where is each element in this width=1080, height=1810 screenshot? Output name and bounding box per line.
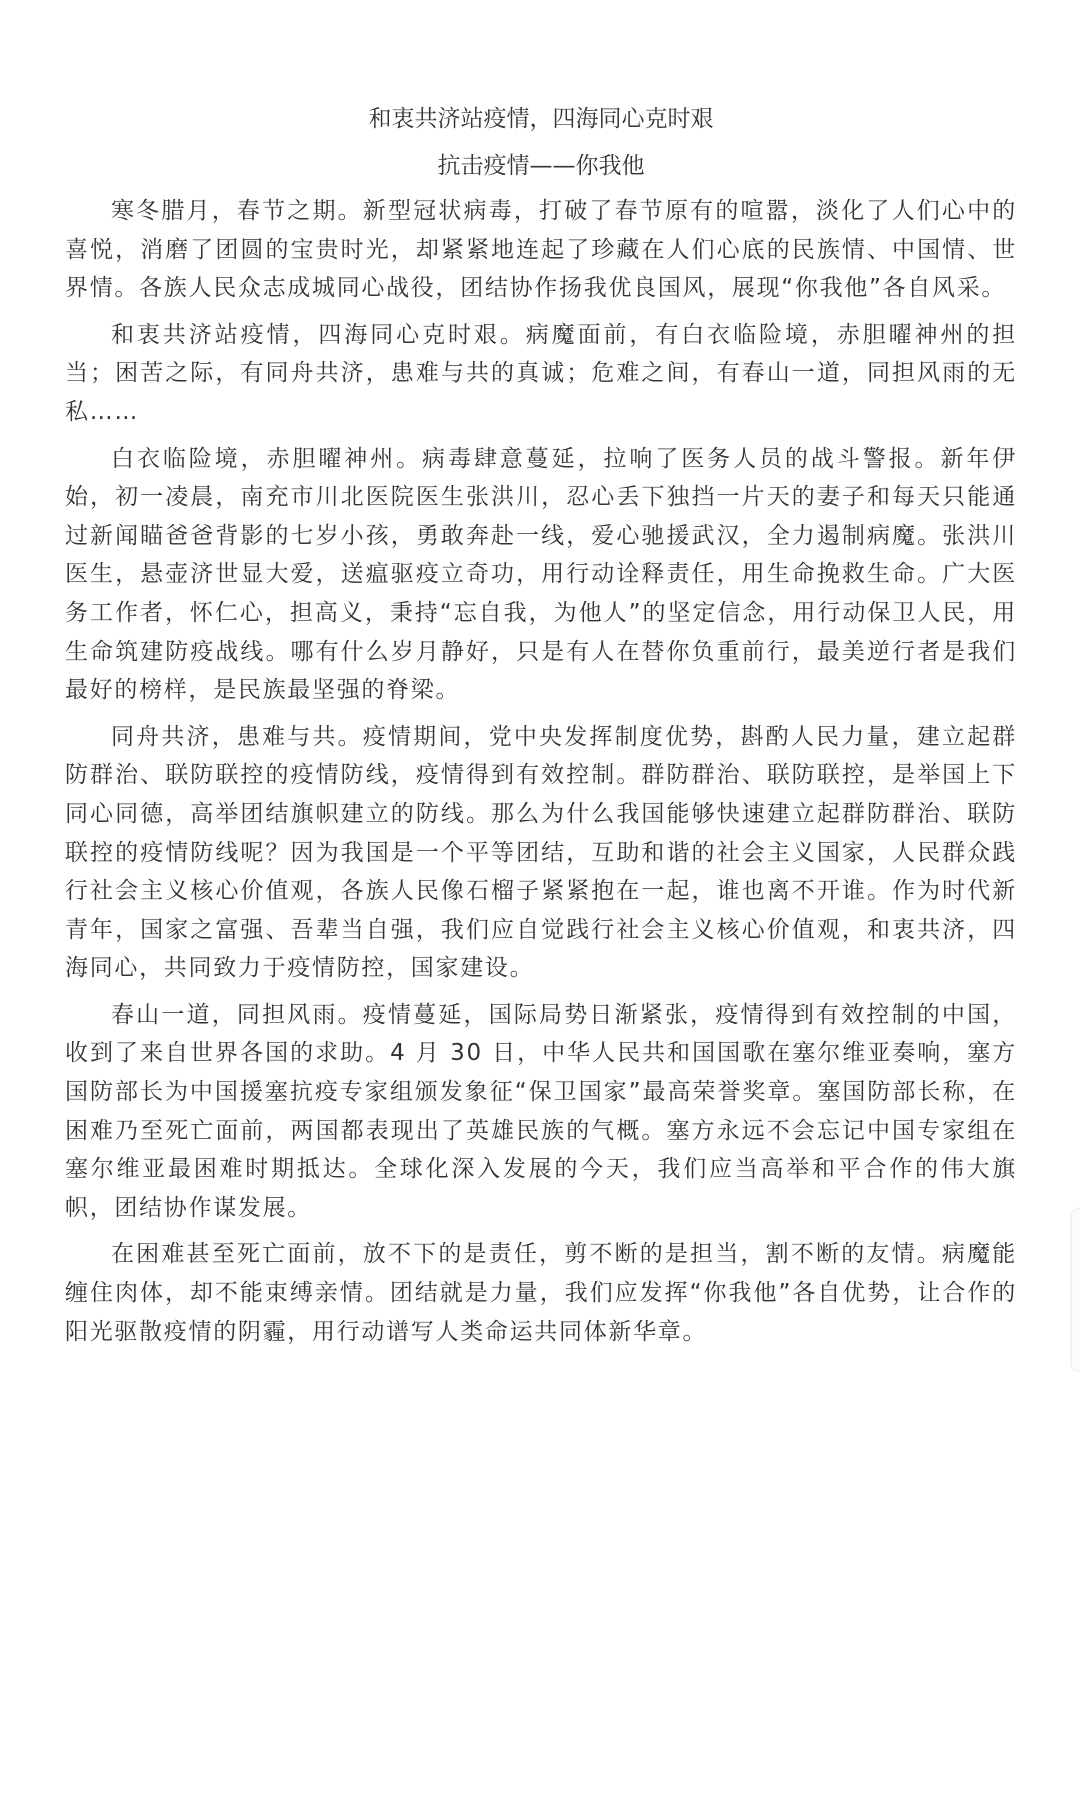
side-drawer-handle-icon[interactable] (1071, 1208, 1080, 1372)
paragraph-5: 春山一道，同担风雨。疫情蔓延，国际局势日渐紧张，疫情得到有效控制的中国，收到了来… (65, 996, 1017, 1228)
paragraph-2: 和衷共济站疫情，四海同心克时艰。病魔面前，有白衣临险境，赤胆曜神州的担当；困苦之… (65, 316, 1017, 432)
paragraph-4: 同舟共济，患难与共。疫情期间，党中央发挥制度优势，斟酌人民力量，建立起群防群治、… (65, 718, 1017, 988)
article-title: 和衷共济站疫情，四海同心克时艰 (65, 100, 1017, 138)
article-subtitle: 抗击疫情——你我他 (65, 147, 1017, 185)
paragraph-1: 寒冬腊月，春节之期。新型冠状病毒，打破了春节原有的喧嚣，淡化了人们心中的喜悦，消… (65, 192, 1017, 308)
paragraph-6: 在困难甚至死亡面前，放不下的是责任，剪不断的是担当，割不断的友情。病魔能缠住肉体… (65, 1235, 1017, 1351)
article: 和衷共济站疫情，四海同心克时艰 抗击疫情——你我他 寒冬腊月，春节之期。新型冠状… (65, 100, 1017, 1359)
paragraph-3: 白衣临险境，赤胆曜神州。病毒肆意蔓延，拉响了医务人员的战斗警报。新年伊始，初一凌… (65, 440, 1017, 710)
